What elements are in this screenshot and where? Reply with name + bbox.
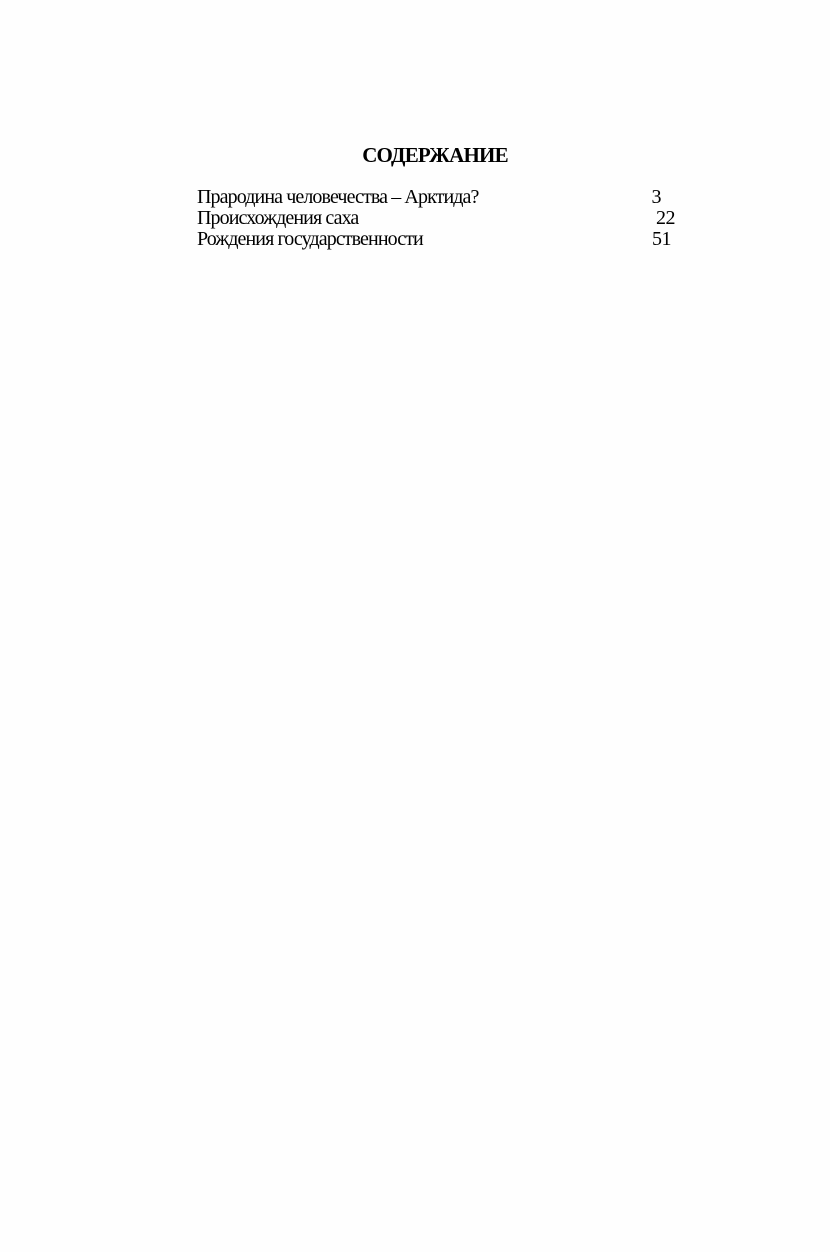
toc-entry-page-number: 22 (645, 208, 675, 229)
toc-entry-page-number: 51 (641, 229, 671, 250)
toc-entry[interactable]: Прародина человечества – Арктида? 3 (197, 187, 675, 208)
toc-entry-title: Прародина человечества – Арктида? (197, 187, 479, 208)
table-of-contents: Прародина человечества – Арктида? 3 Прои… (197, 187, 675, 250)
toc-entry-title: Рождения государственности (197, 229, 423, 250)
toc-entry[interactable]: Происхождения саха 22 (197, 208, 675, 229)
toc-entry-title: Происхождения саха (197, 208, 358, 229)
toc-title: СОДЕРЖАНИЕ (0, 142, 830, 168)
toc-entry[interactable]: Рождения государственности 51 (197, 229, 675, 250)
toc-entry-page-number: 3 (631, 187, 661, 208)
